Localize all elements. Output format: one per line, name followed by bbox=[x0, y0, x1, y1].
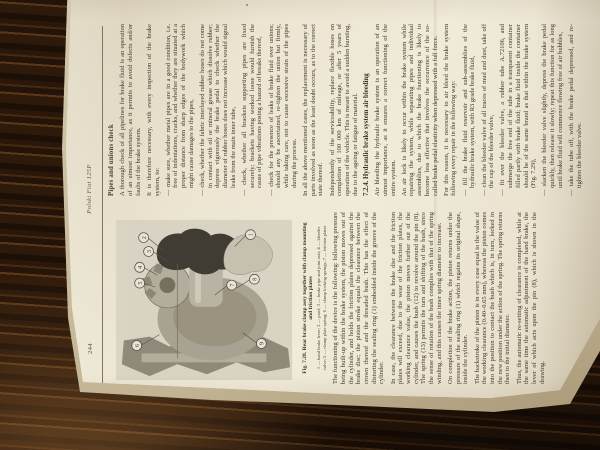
paragraph: An air lock is likely to occur within th… bbox=[401, 24, 440, 196]
callout-9: 9 bbox=[260, 342, 266, 345]
list-item: check, whether the fabric interlayed rub… bbox=[199, 24, 238, 196]
list-item: check for the presence of leaks of brake… bbox=[268, 24, 299, 196]
running-header-title: Polski Fiat 125P bbox=[86, 0, 93, 400]
callout-1: 1 bbox=[249, 233, 255, 236]
header-rule bbox=[102, 26, 103, 384]
paragraph: It is therefore necessary, with every in… bbox=[146, 24, 161, 196]
callout-3: 3 bbox=[147, 250, 153, 253]
page-content-rotated: 244 Polski Fiat 125P bbox=[62, 0, 600, 400]
callout-6: 6 bbox=[135, 344, 141, 347]
paragraph: On completion of the brake action, the p… bbox=[447, 212, 470, 384]
left-column: 1 2 3 4 5 6 7 8 9 Fig. 7.28. Rear brake … bbox=[108, 212, 550, 384]
section-heading-7-2-4-air-bleeding: 7.2.4. Hydraulic brake system air bleedi… bbox=[363, 24, 371, 196]
list-item: clean the bleeder valve of all traces of… bbox=[481, 24, 496, 196]
figure-caption-line1: Fig. 7.28. Rear brake clamp assy togethe… bbox=[302, 212, 309, 384]
paragraph: Independently of the serviceability, rep… bbox=[329, 24, 360, 196]
paragraph: In case, the clearance between the brake… bbox=[390, 212, 444, 384]
callout-5: 5 bbox=[138, 282, 144, 285]
list-item: make sure, whether metal pipes are in a … bbox=[165, 24, 196, 196]
callout-2: 2 bbox=[142, 236, 148, 239]
figure-legend-line2: valve; 5 — clamp plate spring; 6 — clamp… bbox=[322, 212, 327, 384]
paragraph: In all the above mentioned cases, the re… bbox=[302, 24, 325, 196]
callout-7: 7 bbox=[230, 284, 236, 287]
callout-8: 8 bbox=[253, 278, 259, 281]
paper-speck bbox=[246, 4, 248, 6]
right-column: Pipes and unions check A thorough check … bbox=[108, 24, 587, 196]
paragraph: Thus, the automatic re-setting of cleara… bbox=[516, 212, 547, 384]
section-heading-pipes-unions-check: Pipes and unions check bbox=[108, 24, 116, 196]
callout-4: 4 bbox=[138, 266, 144, 269]
list-item: fit over the bleeder valve, a rubber tub… bbox=[499, 24, 538, 196]
paragraph: Air bleeding the hydraulic brake system … bbox=[374, 24, 397, 196]
list-item: check, whether all brackets supporting p… bbox=[241, 24, 264, 196]
paragraph: The backstroke of the piston is in every… bbox=[474, 212, 513, 384]
figure-legend-line1: 1 — hand brake lever; 2 — pawl; 3 — brak… bbox=[316, 212, 321, 384]
figure-caption-line2: and friction plates bbox=[308, 212, 315, 384]
figure-legend: 1 — hand brake lever; 2 — pawl; 3 — brak… bbox=[316, 212, 327, 384]
paragraph: A thorough check of all pipelines for br… bbox=[119, 24, 142, 196]
book-page: 244 Polski Fiat 125P bbox=[62, 0, 600, 400]
paragraph: For this reason, it is necessary to air … bbox=[443, 24, 458, 196]
list-item: take the tube off, with the brake pedal … bbox=[568, 24, 583, 196]
paragraph: The functioning of the device is the fol… bbox=[332, 212, 386, 384]
figure-caption: Fig. 7.28. Rear brake clamp assy togethe… bbox=[302, 212, 315, 384]
photo-of-open-manual: 244 Polski Fiat 125P bbox=[0, 0, 600, 450]
list-item: slacken the bleeder valve slightly, depr… bbox=[541, 24, 564, 196]
list-item: fill the brake fluid reservoir and sub-a… bbox=[462, 24, 477, 196]
spring-hub bbox=[159, 277, 175, 293]
figure-7-28-illustration: 1 2 3 4 5 6 7 8 9 bbox=[108, 212, 296, 384]
